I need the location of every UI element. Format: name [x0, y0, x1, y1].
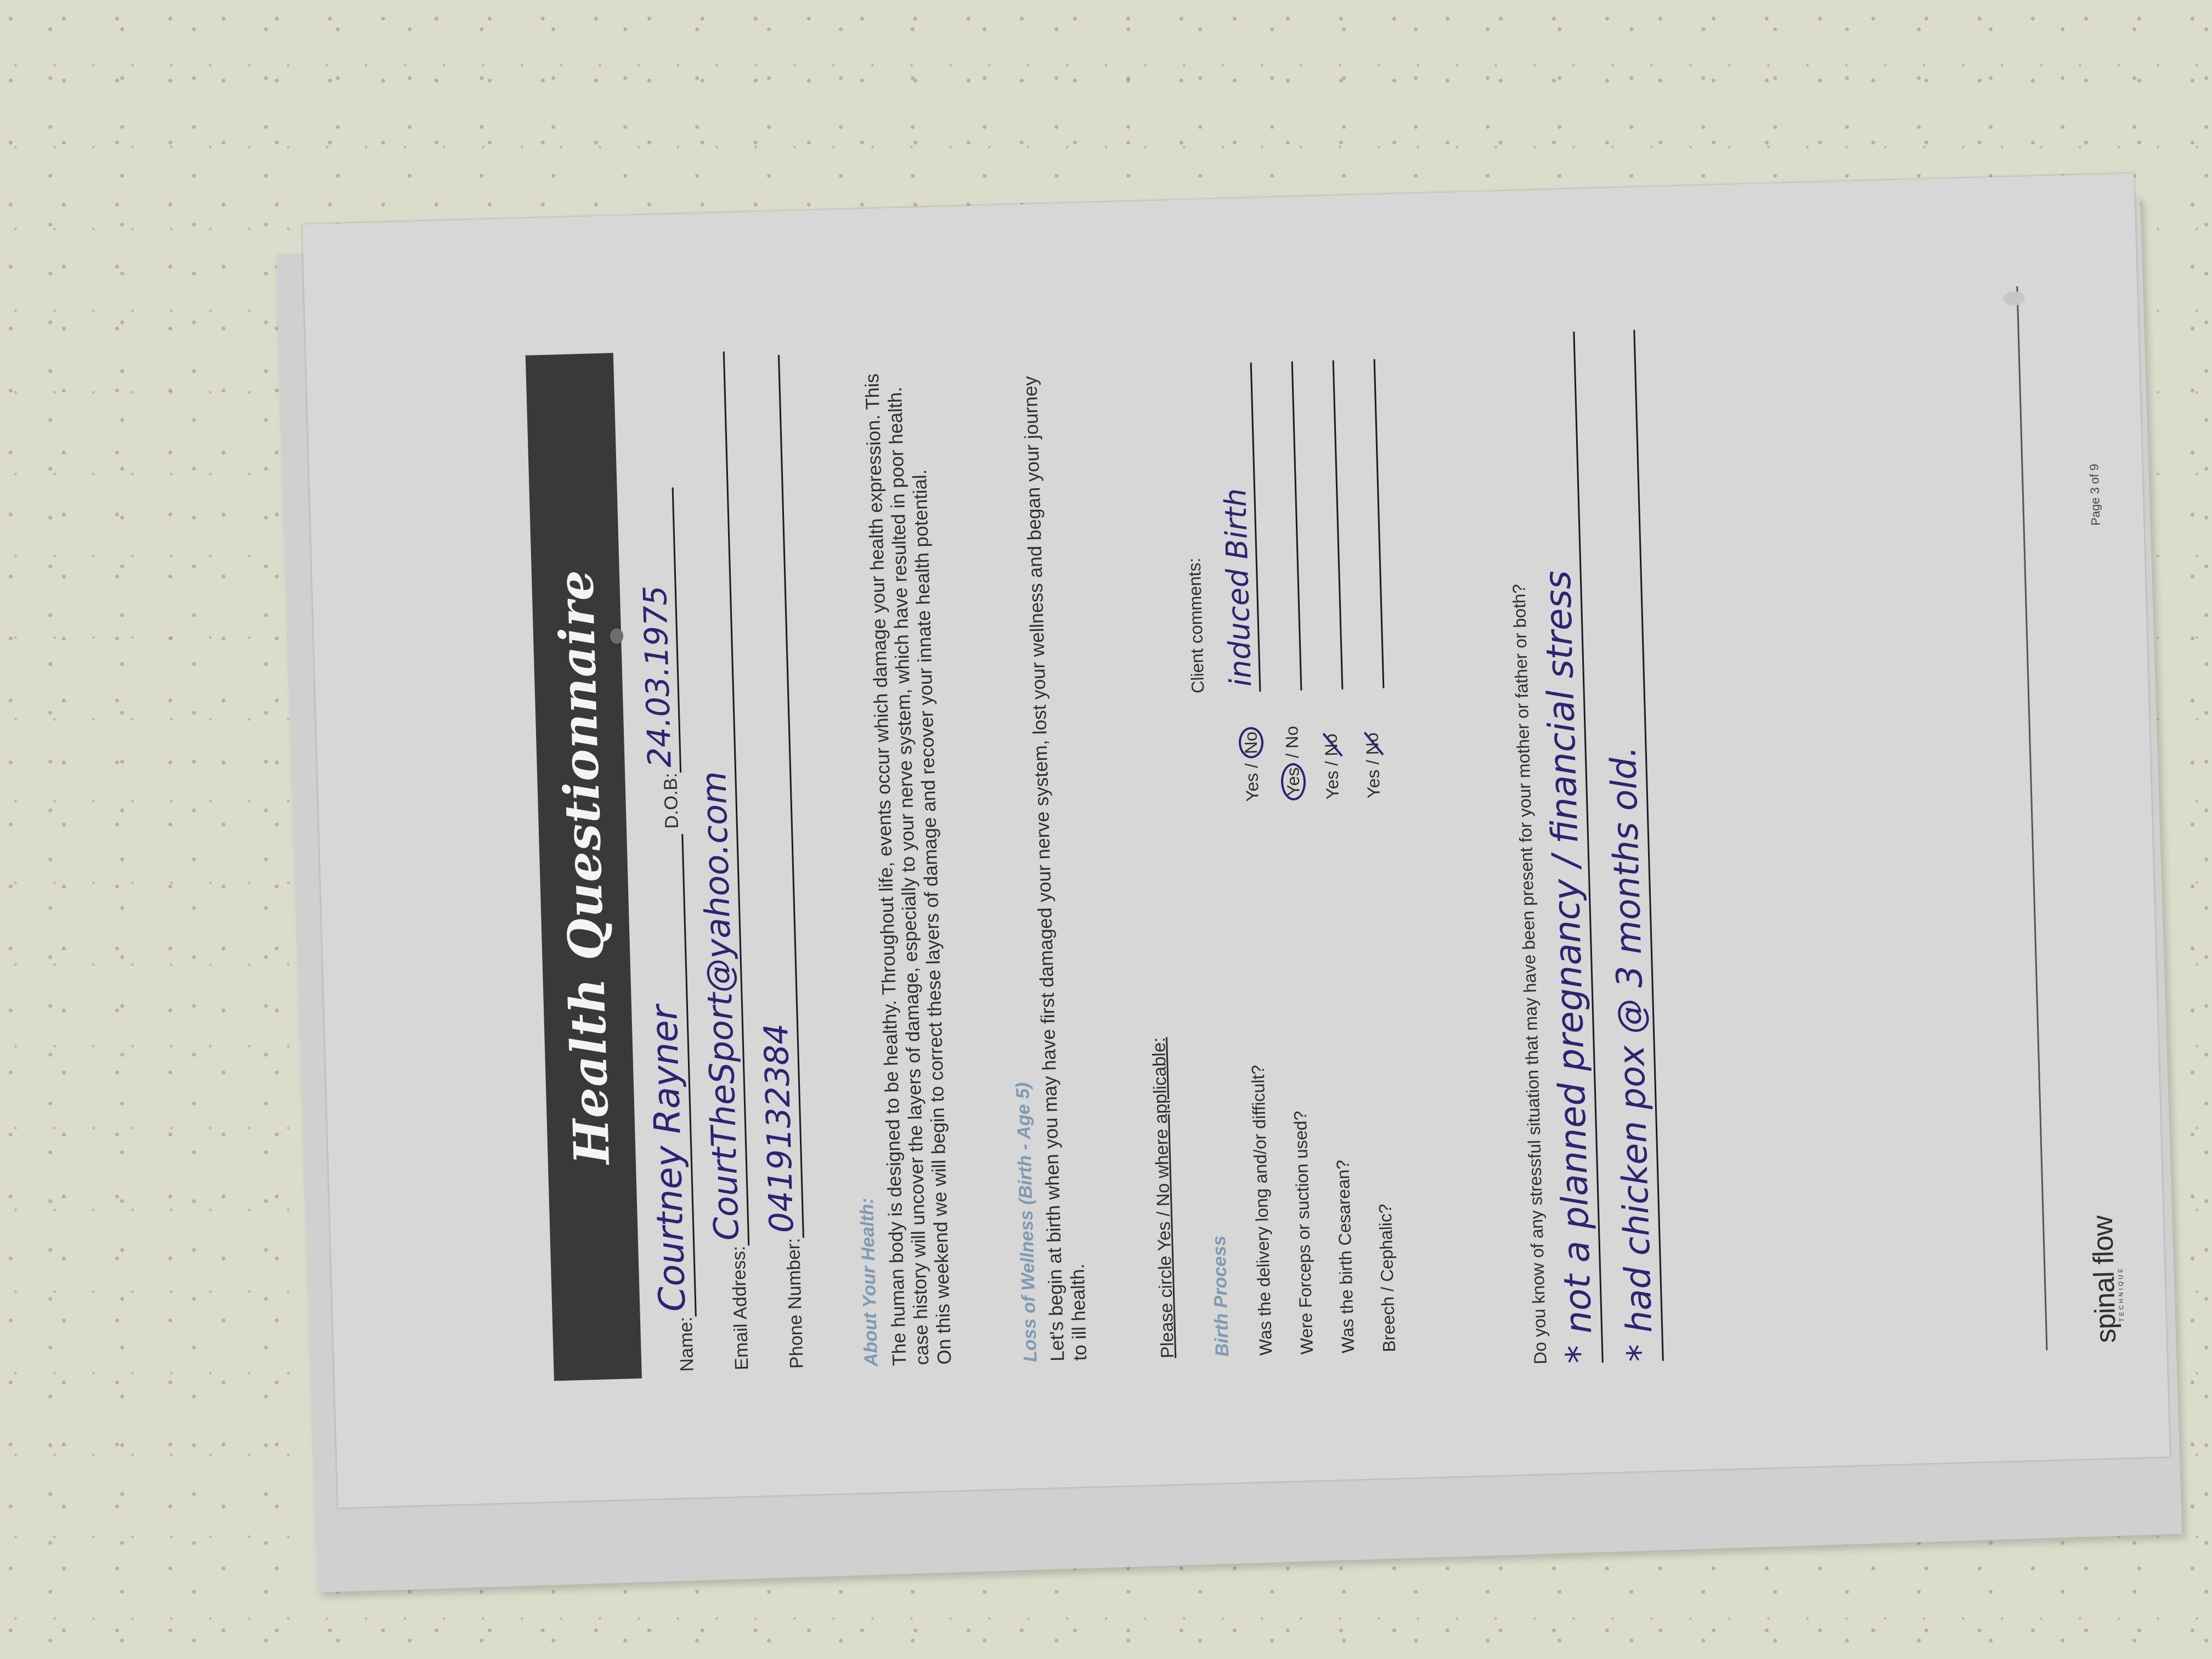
name-label: Name: — [675, 1317, 698, 1372]
birth-process-heading: Birth Process — [1209, 1235, 1233, 1357]
email-value: CourtTheSport@yahoo.com — [693, 771, 747, 1242]
separator: / — [1242, 758, 1262, 774]
no-option[interactable]: No — [1321, 733, 1342, 757]
spinal-flow-logo: spinal flow TECHNIQUE — [2086, 1215, 2126, 1344]
yes-no-choice: Yes / No — [1362, 732, 1384, 799]
yes-no-choice: Yes / No — [1321, 733, 1343, 800]
yes-no-choice: Yes / No — [1279, 726, 1306, 801]
circle-instruction: Please circle Yes / No where applicable: — [1148, 1037, 1178, 1358]
yes-option[interactable]: Yes — [1242, 772, 1262, 802]
dob-value: 24.03.1975 — [636, 585, 679, 768]
footer-rule — [2016, 286, 2047, 1350]
client-comments-label: Client comments: — [1184, 557, 1209, 693]
dob-label: D.O.B: — [660, 772, 683, 829]
pin-head — [2003, 291, 2025, 306]
yes-no-choice: Yes / No — [1238, 727, 1265, 802]
yes-option[interactable]: Yes — [1363, 769, 1383, 798]
question-text: Was the delivery long and/or difficult? — [1248, 1064, 1276, 1356]
no-option[interactable]: No — [1362, 732, 1383, 755]
client-comment-text: induced Birth — [1218, 488, 1258, 687]
yes-option[interactable]: Yes — [1322, 770, 1342, 799]
question-text: Breech / Cephalic? — [1375, 1204, 1400, 1352]
name-field[interactable]: Courtney Rayner — [637, 834, 697, 1318]
separator: / — [1282, 748, 1302, 764]
question-text: Were Forceps or suction used? — [1290, 1110, 1317, 1355]
no-option[interactable]: No — [1238, 727, 1264, 759]
phone-label: Phone Number: — [783, 1238, 808, 1369]
name-value: Courtney Rayner — [643, 1005, 694, 1312]
title-banner: Health Questionnaire — [526, 353, 642, 1381]
questionnaire-page: Health Questionnaire Name: Courtney Rayn… — [302, 173, 2170, 1508]
yes-option[interactable]: Yes — [1280, 763, 1306, 800]
dob-field[interactable]: 24.03.1975 — [628, 487, 681, 774]
loss-heading: Loss of Wellness (Birth - Age 5) — [1012, 1082, 1041, 1362]
email-label: Email Address: — [728, 1245, 753, 1370]
logo-main-text: spinal flow — [2087, 1216, 2122, 1344]
no-option[interactable]: No — [1282, 726, 1302, 749]
stress-answer-2[interactable]: * had chicken pox @ 3 months old. — [1589, 330, 1663, 1362]
phone-value: 0419132384 — [757, 1023, 802, 1234]
separator: / — [1322, 756, 1342, 771]
separator: / — [1363, 755, 1383, 770]
smudge-mark — [610, 628, 624, 644]
about-heading: About Your Health: — [856, 1198, 883, 1367]
question-text: Was the birth Cesarean? — [1333, 1160, 1358, 1354]
page-title: Health Questionnaire — [547, 569, 620, 1165]
page-number: Page 3 of 9 — [2087, 464, 2103, 526]
stress-answer-2-text: * had chicken pox @ 3 months old. — [1603, 746, 1661, 1362]
